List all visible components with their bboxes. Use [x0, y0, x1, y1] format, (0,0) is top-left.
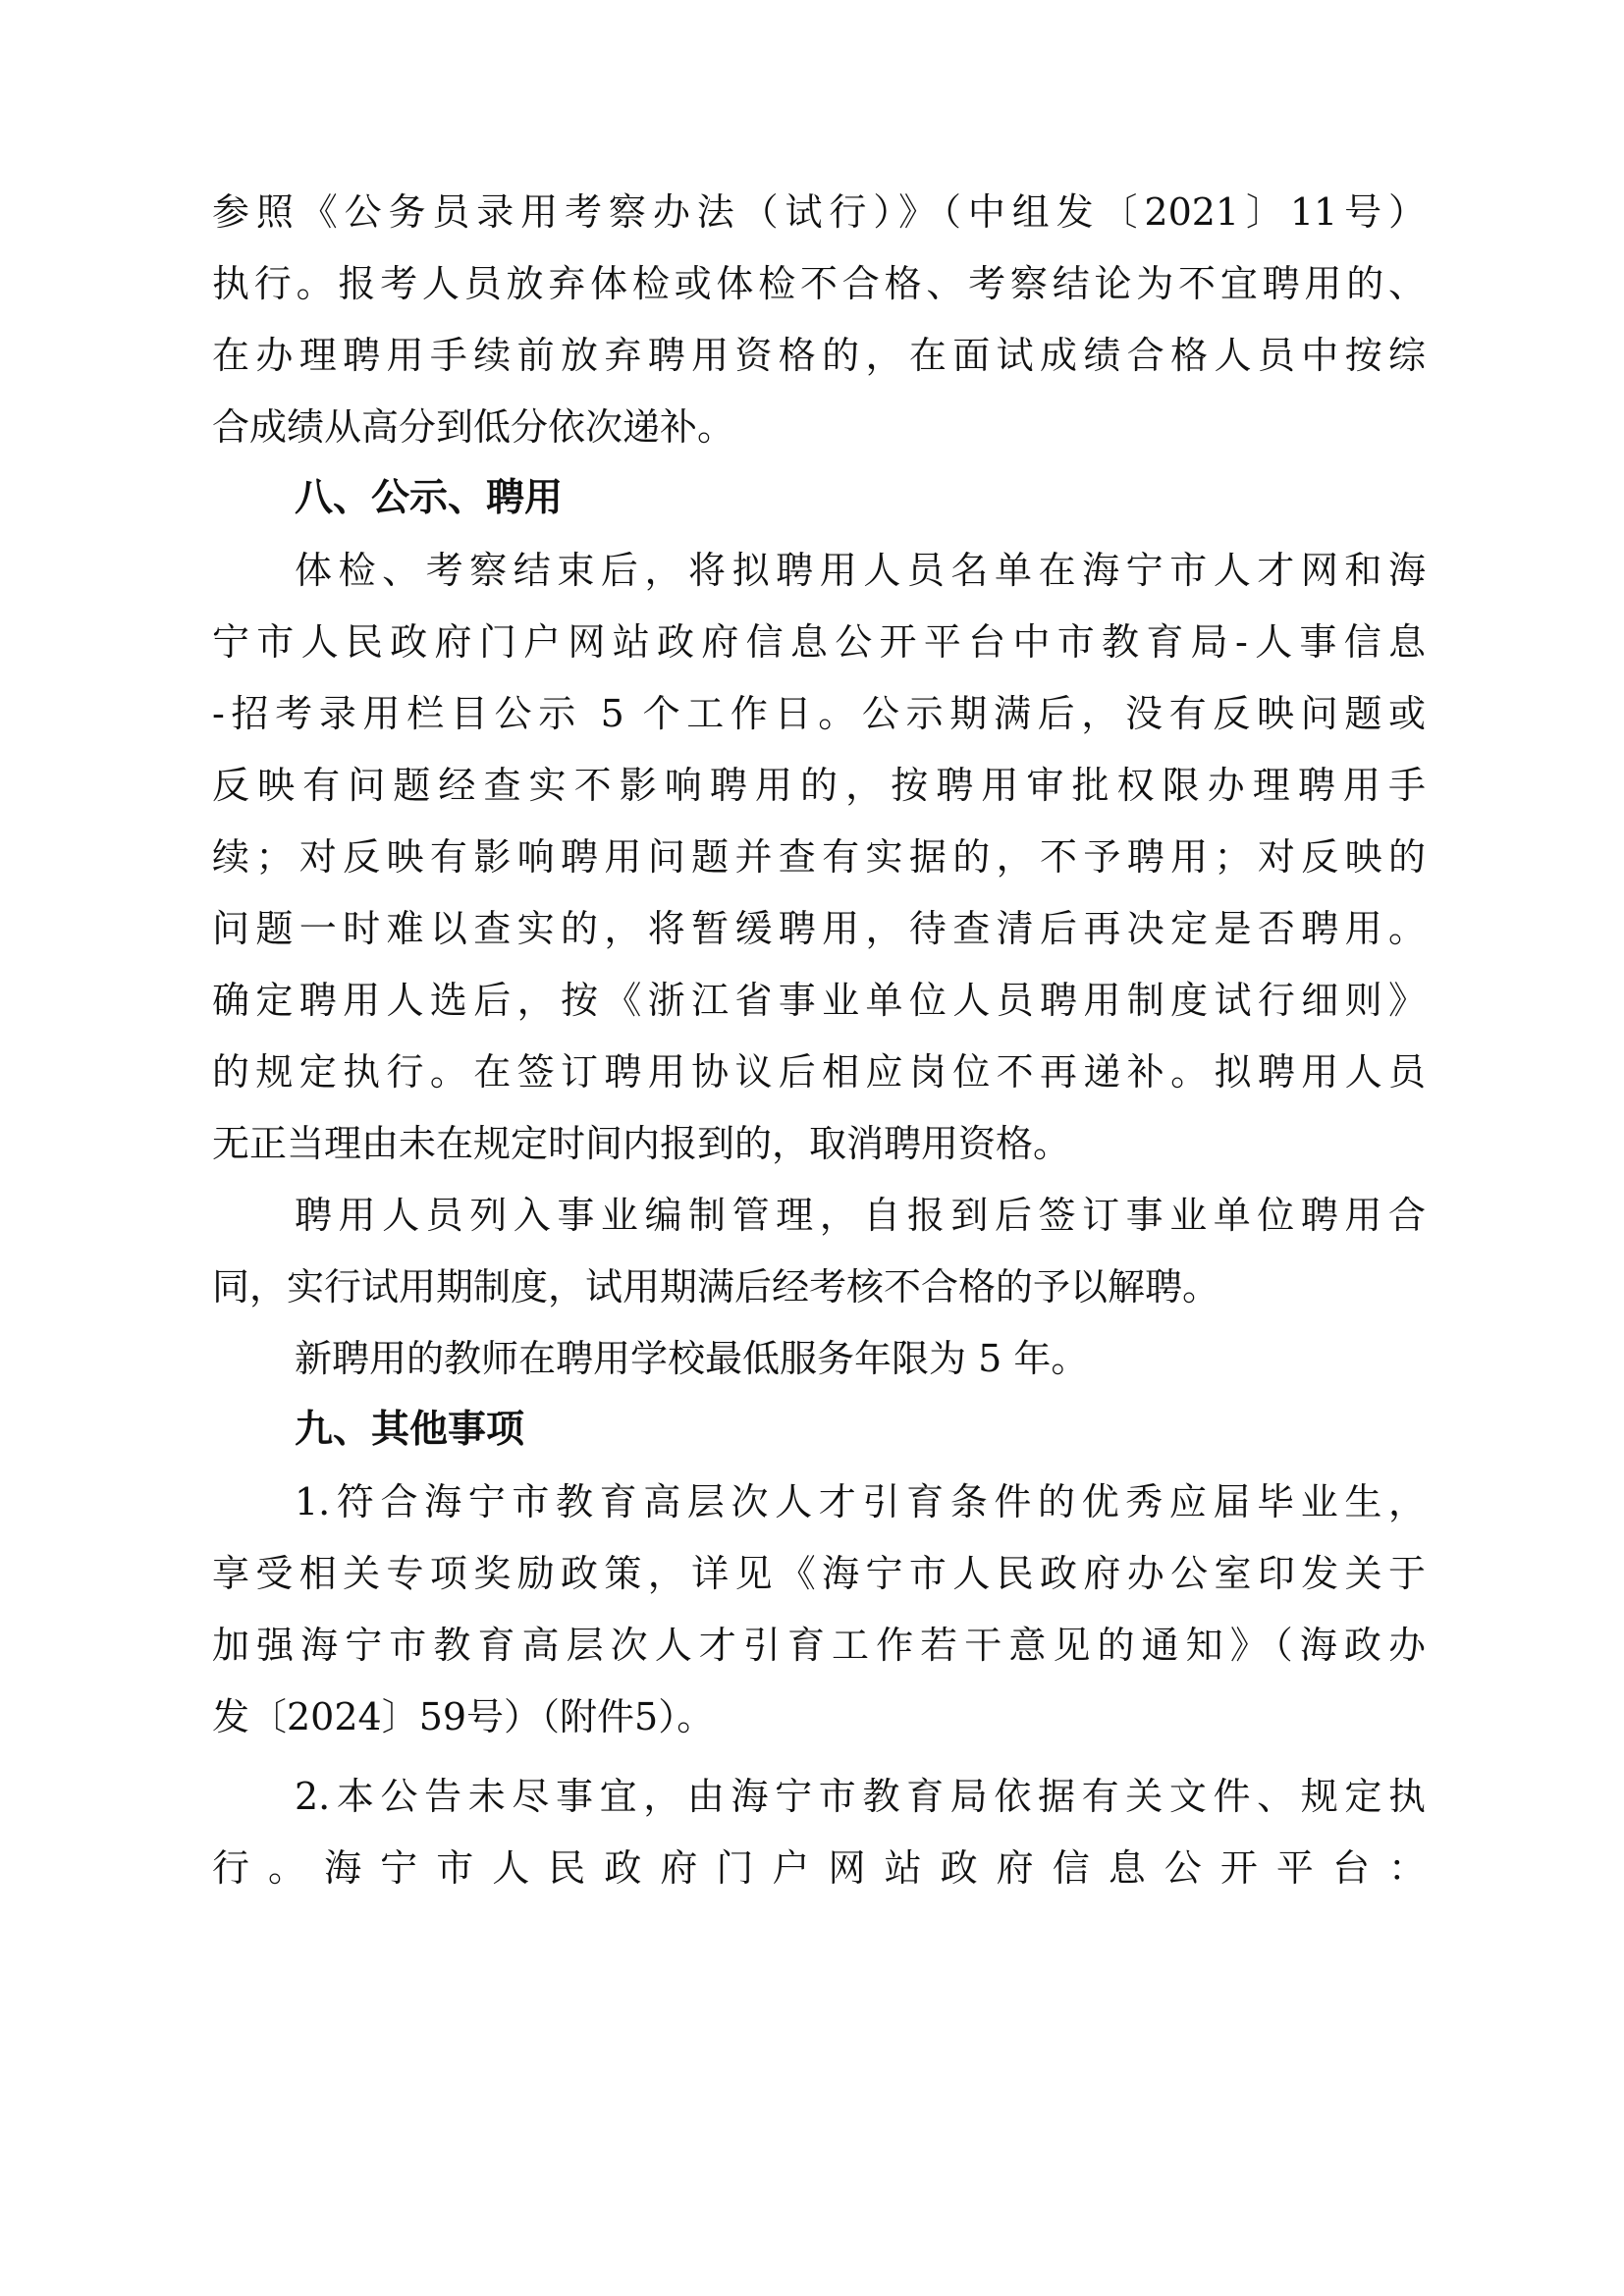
text-line: 发〔2024〕59号）（附件5）。 — [212, 1687, 1426, 1746]
text-line: 的规定执行。在签订聘用协议后相应岗位不再递补。拟聘用人员 — [212, 1042, 1426, 1101]
text-line: 在办理聘用手续前放弃聘用资格的，在面试成绩合格人员中按综 — [212, 326, 1426, 385]
text-line: 同，实行试用期制度，试用期满后经考核不合格的予以解聘。 — [212, 1257, 1426, 1316]
paragraph-first-line: 新聘用的教师在聘用学校最低服务年限为 5 年。 — [295, 1329, 1426, 1388]
section-heading-8: 八、公示、聘用 — [295, 469, 563, 528]
paragraph-first-line: 2.本公告未尽事宜，由海宁市教育局依据有关文件、规定执 — [295, 1767, 1426, 1826]
text-line: 享受相关专项奖励政策，详见《海宁市人民政府办公室印发关于 — [212, 1544, 1426, 1603]
text-line: 续；对反映有影响聘用问题并查有实据的，不予聘用；对反映的 — [212, 828, 1426, 886]
text-line: 问题一时难以查实的，将暂缓聘用，待查清后再决定是否聘用。 — [212, 899, 1426, 958]
paragraph-first-line: 1.符合海宁市教育高层次人才引育条件的优秀应届毕业生， — [295, 1472, 1426, 1531]
section-heading-9: 九、其他事项 — [295, 1401, 524, 1460]
text-line: 参照《公务员录用考察办法（试行）》（中组发〔2021〕11号） — [212, 183, 1426, 241]
text-line: 确定聘用人选后，按《浙江省事业单位人员聘用制度试行细则》 — [212, 971, 1426, 1030]
text-line: 无正当理由未在规定时间内报到的，取消聘用资格。 — [212, 1114, 1426, 1173]
text-line: 执行。报考人员放弃体检或体检不合格、考察结论为不宜聘用的、 — [212, 254, 1426, 313]
text-line: 加强海宁市教育高层次人才引育工作若干意见的通知》（海政办 — [212, 1616, 1426, 1675]
text-line: -招考录用栏目公示 5 个工作日。公示期满后，没有反映问题或 — [212, 684, 1426, 743]
paragraph-first-line: 体检、考察结束后，将拟聘用人员名单在海宁市人才网和海 — [295, 541, 1426, 600]
text-line: 合成绩从高分到低分依次递补。 — [212, 398, 1426, 456]
text-line: 反映有问题经查实不影响聘用的，按聘用审批权限办理聘用手 — [212, 756, 1426, 815]
text-line: 行。海宁市人民政府门户网站政府信息公开平台： — [212, 1839, 1426, 1897]
text-line: 宁市人民政府门户网站政府信息公开平台中市教育局-人事信息 — [212, 613, 1426, 671]
paragraph-first-line: 聘用人员列入事业编制管理，自报到后签订事业单位聘用合 — [295, 1186, 1426, 1245]
